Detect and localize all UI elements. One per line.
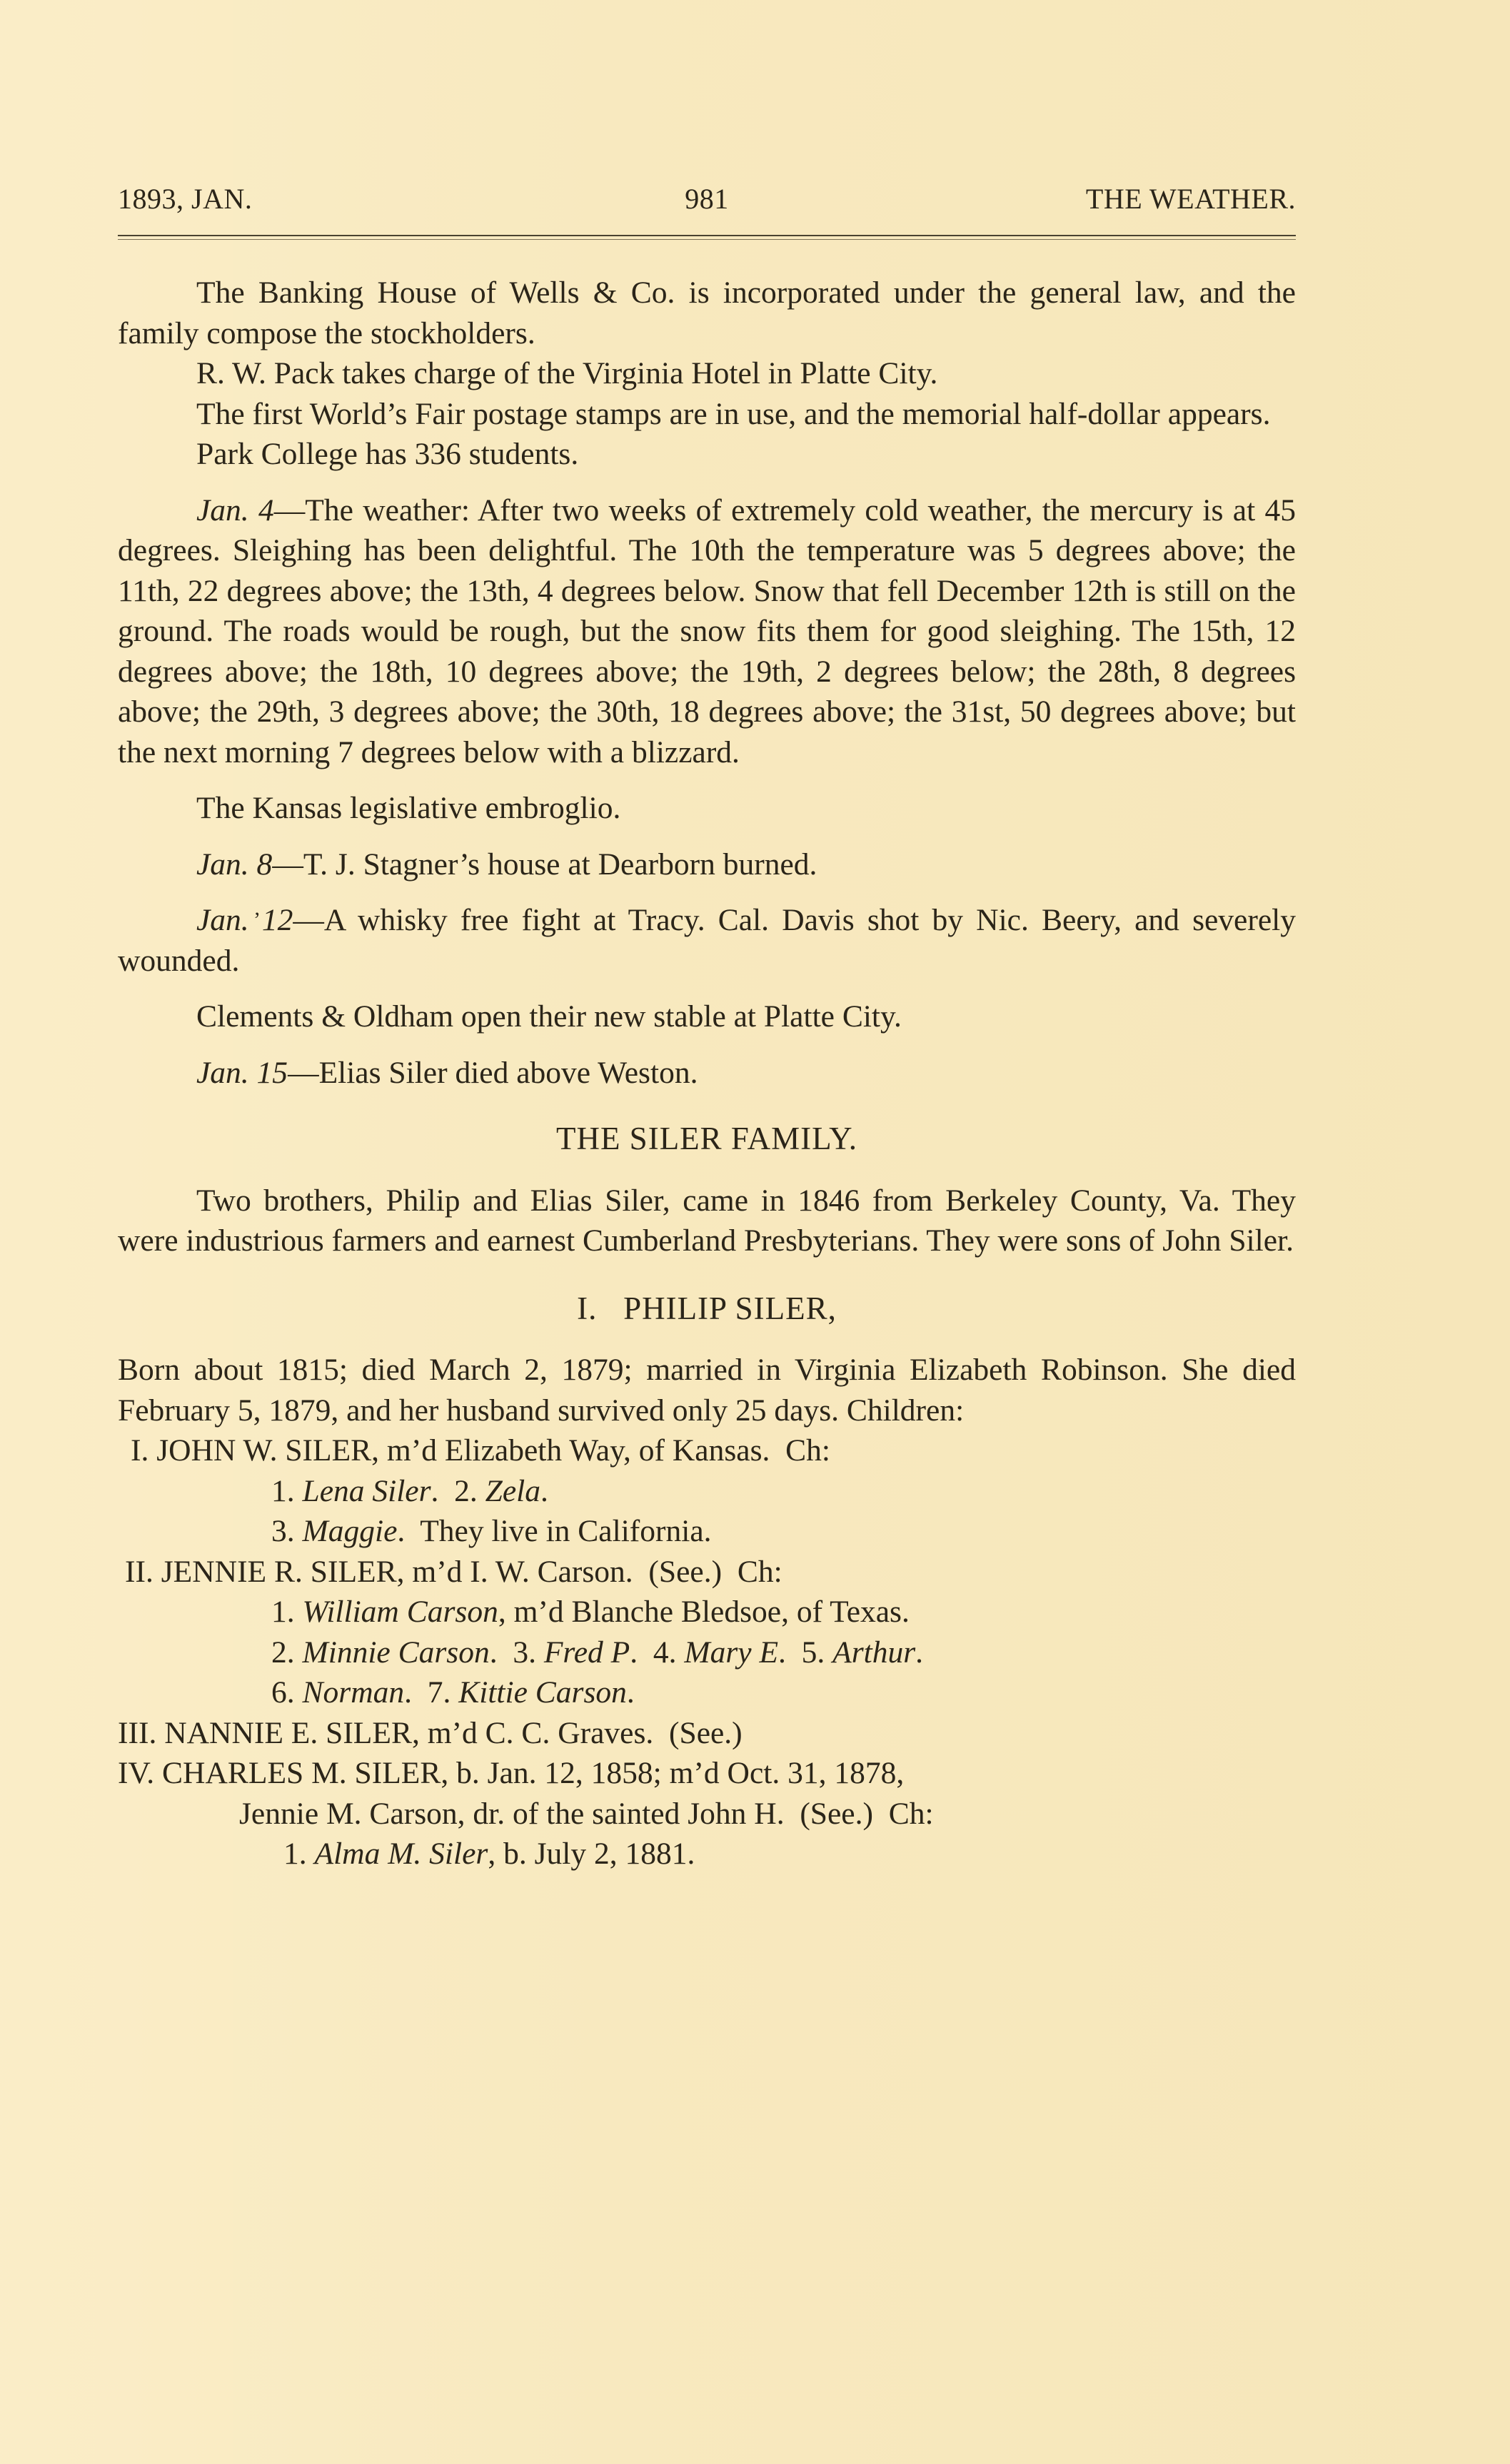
child-numeral: II. [125,1555,153,1589]
grandchildren-line: 1. Lena Siler. 2. Zela. [118,1471,1296,1512]
section-heading-siler-family: THE SILER FAMILY. [118,1119,1296,1159]
grandchild-number: 2. [454,1474,485,1508]
grandchild-name: Arthur [832,1635,915,1670]
grandchild-number: 3. [271,1514,303,1548]
child-entry-1: I. JOHN W. SILER, m’d Elizabeth Way, of … [118,1430,1296,1471]
header-rule [118,235,1296,240]
entry-text: —Elias Siler died above Weston. [288,1056,698,1090]
running-head: 1893, JAN. 981 THE WEATHER. [118,182,1296,225]
grandchild-rest: . They live in California. [397,1514,711,1548]
paragraph-philip-bio: Born about 1815; died March 2, 1879; mar… [118,1350,1296,1430]
grandchild-number: 2. [271,1635,303,1670]
child-name: CHARLES M. SILER, [162,1756,448,1790]
paragraph-pack: R. W. Pack takes charge of the Virginia … [118,353,1296,394]
entry-text: —T. J. Stagner’s house at Dearborn burne… [272,847,817,882]
grandchildren-line: 3. Maggie. They live in California. [118,1511,1296,1552]
paragraph-park-college: Park College has 336 students. [118,434,1296,475]
child-entry-4: IV. CHARLES M. SILER, b. Jan. 12, 1858; … [118,1753,1296,1794]
grandchildren-line: 1. Alma M. Siler, b. July 2, 1881. [118,1834,1296,1874]
running-head-section: THE WEATHER. [1086,182,1296,216]
child-numeral: IV. [118,1756,154,1790]
child-entry-4-continuation: Jennie M. Carson, dr. of the sainted Joh… [118,1794,1296,1834]
book-page: 1893, JAN. 981 THE WEATHER. The Banking … [118,182,1296,1874]
grandchild-number: 3. [513,1635,544,1670]
grandchild-name: Norman [303,1675,405,1710]
entry-jan-8: Jan. 8—T. J. Stagner’s house at Dearborn… [118,844,1296,885]
grandchild-rest: . [915,1635,923,1670]
grandchild-number: 6. [271,1675,303,1710]
entry-jan-12: ’Jan. 12—A whisky free fight at Tracy. C… [118,900,1296,981]
grandchild-number: 1. [283,1837,315,1871]
subheading-philip-siler: I. PHILIP SILER, [118,1288,1296,1329]
entry-text: —A whisky free fight at Tracy. Cal. Davi… [118,903,1296,978]
entry-date: Jan. 4 [196,493,274,527]
grandchild-name: Kittie Carson [458,1675,627,1710]
grandchild-rest: . [431,1474,455,1508]
grandchild-rest: , b. July 2, 1881. [488,1837,695,1871]
grandchild-rest: . [778,1635,802,1670]
child-numeral: III. [118,1716,156,1750]
grandchild-rest: . [490,1635,513,1670]
grandchild-rest: . [404,1675,428,1710]
grandchildren-line: 6. Norman. 7. Kittie Carson. [118,1672,1296,1713]
grandchild-rest: , m’d Blanche Bledsoe, of Texas. [498,1595,910,1629]
child-name: JOHN W. SILER, [156,1433,379,1468]
child-detail: b. Jan. 12, 1858; m’d Oct. 31, 1878, [448,1756,904,1790]
grandchild-rest: . [630,1635,653,1670]
child-name: NANNIE E. SILER, [164,1716,420,1750]
grandchild-name: William Carson [303,1595,498,1629]
entry-text: —The weather: After two weeks of extreme… [118,493,1296,769]
grandchildren-line: 2. Minnie Carson. 3. Fred P. 4. Mary E. … [118,1632,1296,1673]
entry-date: Jan. 15 [196,1056,288,1090]
grandchild-name: Alma M. Siler [315,1837,488,1871]
margin-mark: ’ [175,900,261,941]
entry-date: Jan. 8 [196,847,272,882]
paragraph-clements: Clements & Oldham open their new stable … [118,996,1296,1037]
grandchild-name: Minnie Carson [303,1635,490,1670]
paragraph-siler-intro: Two brothers, Philip and Elias Siler, ca… [118,1181,1296,1261]
running-head-date: 1893, JAN. [118,182,252,216]
paragraph-worlds-fair: The first World’s Fair postage stamps ar… [118,394,1296,435]
child-detail: m’d I. W. Carson. (See.) Ch: [404,1555,782,1589]
child-numeral: I. [131,1433,149,1468]
grandchild-name: Zela [485,1474,540,1508]
paragraph-kansas: The Kansas legislative embroglio. [118,788,1296,829]
grandchild-name: Mary E [684,1635,778,1670]
body-text: The Banking House of Wells & Co. is inco… [118,273,1296,1874]
grandchild-number: 1. [271,1474,303,1508]
grandchild-rest: . [540,1474,548,1508]
child-detail: m’d C. C. Graves. (See.) [420,1716,743,1750]
grandchild-name: Lena Siler [303,1474,431,1508]
grandchild-rest: . [627,1675,635,1710]
paragraph-banking: The Banking House of Wells & Co. is inco… [118,273,1296,353]
child-name: JENNIE R. SILER, [161,1555,405,1589]
child-detail: m’d Elizabeth Way, of Kansas. Ch: [379,1433,830,1468]
grandchild-name: Maggie [303,1514,398,1548]
grandchildren-line: 1. William Carson, m’d Blanche Bledsoe, … [118,1592,1296,1632]
grandchild-name: Fred P [544,1635,630,1670]
child-entry-2: II. JENNIE R. SILER, m’d I. W. Carson. (… [118,1552,1296,1592]
grandchild-number: 1. [271,1595,303,1629]
grandchild-number: 5. [802,1635,833,1670]
entry-jan-15: Jan. 15—Elias Siler died above Weston. [118,1053,1296,1094]
grandchild-number: 7. [428,1675,459,1710]
grandchild-number: 4. [653,1635,685,1670]
child-entry-3: III. NANNIE E. SILER, m’d C. C. Graves. … [118,1713,1296,1754]
entry-jan-4: Jan. 4—The weather: After two weeks of e… [118,490,1296,773]
